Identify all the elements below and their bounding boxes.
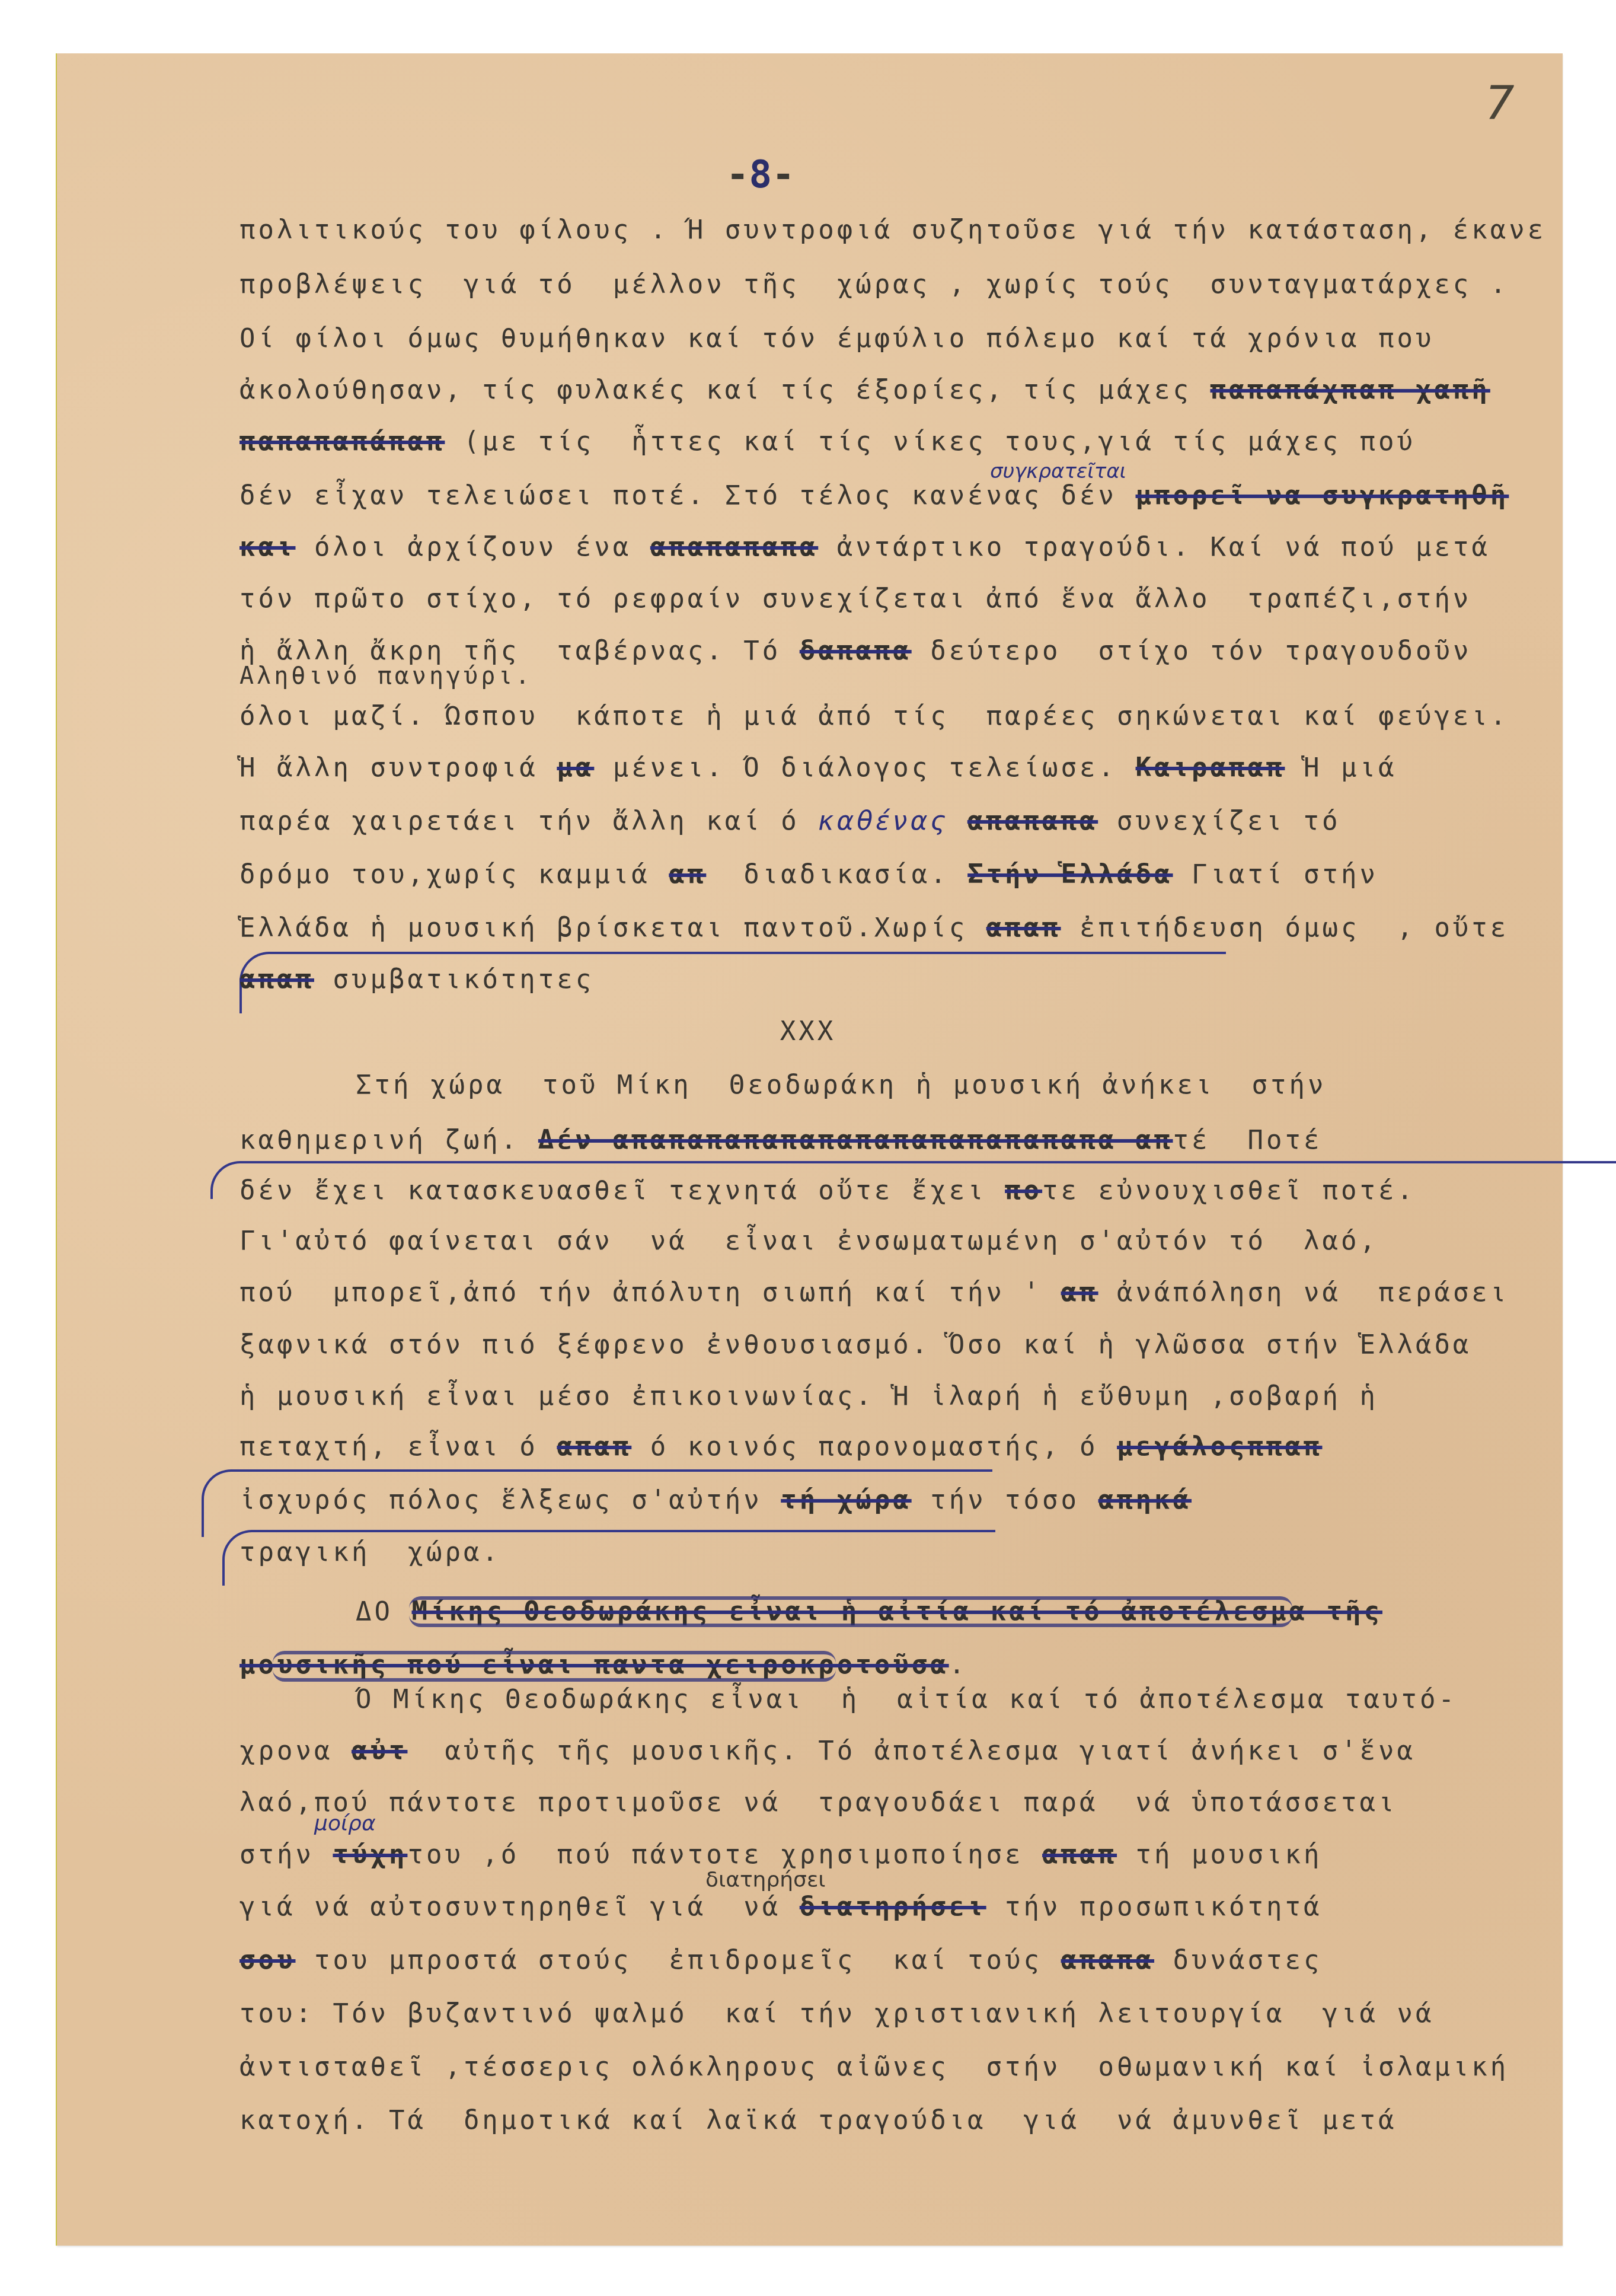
text-line: ἰσχυρός πόλος ἕλξεως σ'αὐτήν τή χώρα τήν… xyxy=(239,1482,1192,1518)
text-line: ἀκολούθησαν, τίς φυλακές καί τίς έξορίες… xyxy=(239,372,1490,408)
struck-text: απαπαπαπα xyxy=(650,532,818,562)
struck-text: απαπ xyxy=(1042,1839,1117,1870)
text-line: πεταχτή, εἶναι ό απαπ ό κοινός παρονομασ… xyxy=(239,1429,1322,1465)
struck-text: απαπ xyxy=(986,913,1061,943)
struck-text: διατηρήσει xyxy=(800,1892,986,1922)
struck-text: Στήν Ἑλλάδα xyxy=(967,859,1173,889)
text-line: όλοι μαζί. Ώσπου κάποτε ἡ μιά ἀπό τίς πα… xyxy=(239,699,1509,734)
struck-text: παπαπαπάπαπ xyxy=(239,426,445,457)
text-line: δρόμο του,χωρίς καμμιά απ διαδικασία. Στ… xyxy=(239,857,1378,892)
text-line-interlinear: Αληθινό πανηγύρι. xyxy=(239,658,532,694)
text-line: πολιτικούς του φίλους . Ή συντροφιά συζη… xyxy=(239,212,1546,248)
handwritten-insertion: μοίρα xyxy=(314,1812,376,1836)
text-line: παρέα χαιρετάει τήν ἄλλη καί ό καθένας α… xyxy=(239,803,1341,839)
text-line: τραγική χώρα. xyxy=(239,1535,501,1570)
text-line: λαό,πού πάντοτε προτιμοῦσε νά τραγουδάει… xyxy=(239,1785,1397,1820)
struck-text: πο xyxy=(1005,1175,1042,1206)
struck-text: παπαπάχπαπ χαπῆ xyxy=(1211,375,1490,405)
struck-text: απαπαπα xyxy=(967,806,1098,836)
text-line: του: Τόν βυζαντινό ψαλμό καί τήν χριστια… xyxy=(239,1996,1434,2032)
text-line: γιά νά αὐτοσυντηρηθεῖ γιά νά διατηρήσει … xyxy=(239,1889,1322,1925)
struck-text: αὐτ xyxy=(352,1736,407,1766)
struck-text: μεγάλοςππαπ xyxy=(1117,1431,1322,1462)
struck-text: απαπα xyxy=(1061,1945,1154,1975)
text-line: Στή χώρα τοῦ Μίκη Θεοδωράκη ἡ μουσική ἀν… xyxy=(356,1067,1327,1103)
struck-text: τή χώρα xyxy=(781,1485,911,1515)
text-line: Ἡ ἄλλη συντροφιά μα μένει. Ό διάλογος τε… xyxy=(239,750,1397,786)
text-line: Οί φίλοι όμως θυμήθηκαν καί τόν έμφύλιο … xyxy=(239,321,1434,356)
struck-text: μα xyxy=(557,752,594,783)
struck-text: απαπ xyxy=(557,1431,631,1462)
text-line: στήν τύχητου ,ό πού πάντοτε χρησιμοποίησ… xyxy=(239,1837,1322,1873)
struck-text: απηκά xyxy=(1098,1485,1192,1515)
struck-text: Καιραπαπ xyxy=(1136,752,1285,783)
text-line: πού μπορεῖ,ἀπό τήν ἀπόλυτη σιωπή καί τήν… xyxy=(239,1275,1509,1310)
struck-text: απαπ xyxy=(239,964,314,994)
text-line: ἡ μουσική εἶναι μέσο ἐπικοινωνίας. Ἡ ἱλα… xyxy=(239,1379,1378,1414)
scribble-deletion xyxy=(273,1651,836,1682)
struck-text: και xyxy=(239,532,295,562)
text-line: ξαφνικά στόν πιό ξέφρενο ἐνθουσιασμό. Ὅσ… xyxy=(239,1327,1471,1363)
text-line: και όλοι ἀρχίζουν ένα απαπαπαπα ἀντάρτικ… xyxy=(239,530,1490,565)
text-line: παπαπαπάπαπ (με τίς ἧττες καί τίς νίκες … xyxy=(239,424,1416,460)
page-number-dash-left: - xyxy=(726,153,749,197)
text-line: τόν πρῶτο στίχο, τό ρεφραίν συνεχίζεται … xyxy=(239,581,1471,617)
folio-number: 7 xyxy=(1485,77,1515,130)
text-line: δέν ἔχει κατασκευασθεῖ τεχνητά οὔτε ἔχει… xyxy=(239,1173,1416,1208)
text-line: απαπ συμβατικότητες xyxy=(239,962,594,997)
section-separator: XXX xyxy=(0,1014,1616,1050)
struck-text: Δέν απαπαπαπαπαπαπαπαπαπαπαπαπα απ xyxy=(538,1125,1173,1155)
struck-text: δαπαπα xyxy=(800,636,912,666)
text-line: σου του μπροστά στούς ἐπιδρομεῖς καί τού… xyxy=(239,1943,1322,1978)
struck-text: σου xyxy=(239,1945,295,1975)
text-line: κατοχή. Τά δημοτικά καί λαϊκά τραγούδια … xyxy=(239,2103,1397,2138)
text-line: χρονα αὐτ αὐτῆς τῆς μουσικῆς. Τό ἀποτέλε… xyxy=(239,1733,1416,1769)
struck-text: απ xyxy=(669,859,706,889)
text-line: δέν εἶχαν τελειώσει ποτέ. Στό τέλος κανέ… xyxy=(239,478,1509,514)
text-line: προβλέψεις γιά τό μέλλον τῆς χώρας , χωρ… xyxy=(239,267,1509,302)
scribble-deletion xyxy=(409,1596,1292,1627)
text-line: ἀντισταθεῖ ,τέσσερις ολόκληρους αἰῶνες σ… xyxy=(239,2049,1509,2085)
page-number: -8- xyxy=(726,153,795,197)
struck-text: τύχη xyxy=(333,1839,407,1870)
handwritten-insertion: καθένας xyxy=(818,806,948,836)
text-line: Ό Μίκης Θεοδωράκης εἶναι ἡ αἰτία καί τό … xyxy=(356,1682,1457,1717)
struck-text: μπορεῖ να συγκρατηθῆ xyxy=(1136,480,1509,511)
text-line: καθημερινή ζωή. Δέν απαπαπαπαπαπαπαπαπαπ… xyxy=(239,1123,1322,1158)
text-line: Γι'αὐτό φαίνεται σάν νά εἶναι ἐνσωματωμέ… xyxy=(239,1223,1378,1259)
page-number-dash-right: - xyxy=(772,153,795,197)
struck-text: απ xyxy=(1061,1277,1098,1308)
typed-insertion: διατηρήσει xyxy=(705,1868,826,1892)
text-line: Ἑλλάδα ἡ μουσική βρίσκεται παντοῦ.Χωρίς … xyxy=(239,910,1509,946)
page-number-value: 8 xyxy=(749,153,772,197)
